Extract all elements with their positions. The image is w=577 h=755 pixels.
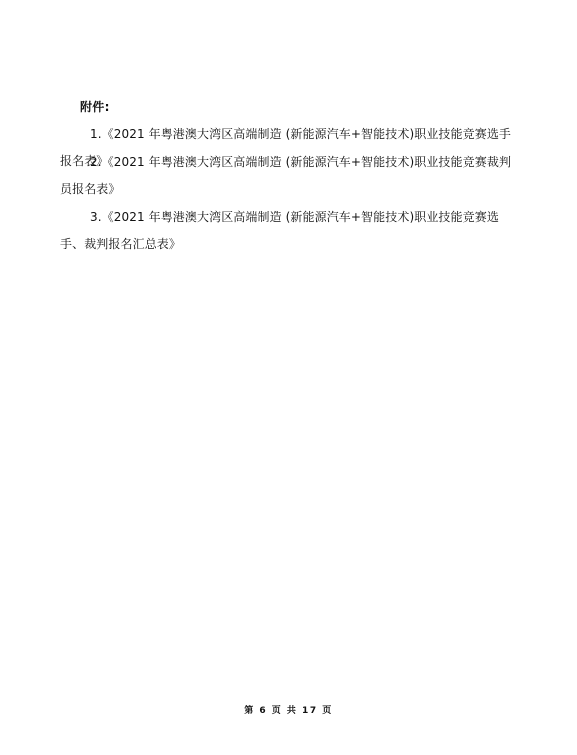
attachment-item-2: 2.《2021 年粤港澳大湾区高端制造 (新能源汽车+智能技术)职业技能竞赛裁判…	[60, 149, 516, 203]
attachments-heading: 附件:	[80, 98, 110, 115]
attachment-item-3: 3.《2021 年粤港澳大湾区高端制造 (新能源汽车+智能技术)职业技能竞赛选手…	[60, 204, 516, 258]
page-number-footer: 第 6 页 共 17 页	[0, 703, 577, 716]
document-page: 附件: 1.《2021 年粤港澳大湾区高端制造 (新能源汽车+智能技术)职业技能…	[0, 0, 577, 755]
